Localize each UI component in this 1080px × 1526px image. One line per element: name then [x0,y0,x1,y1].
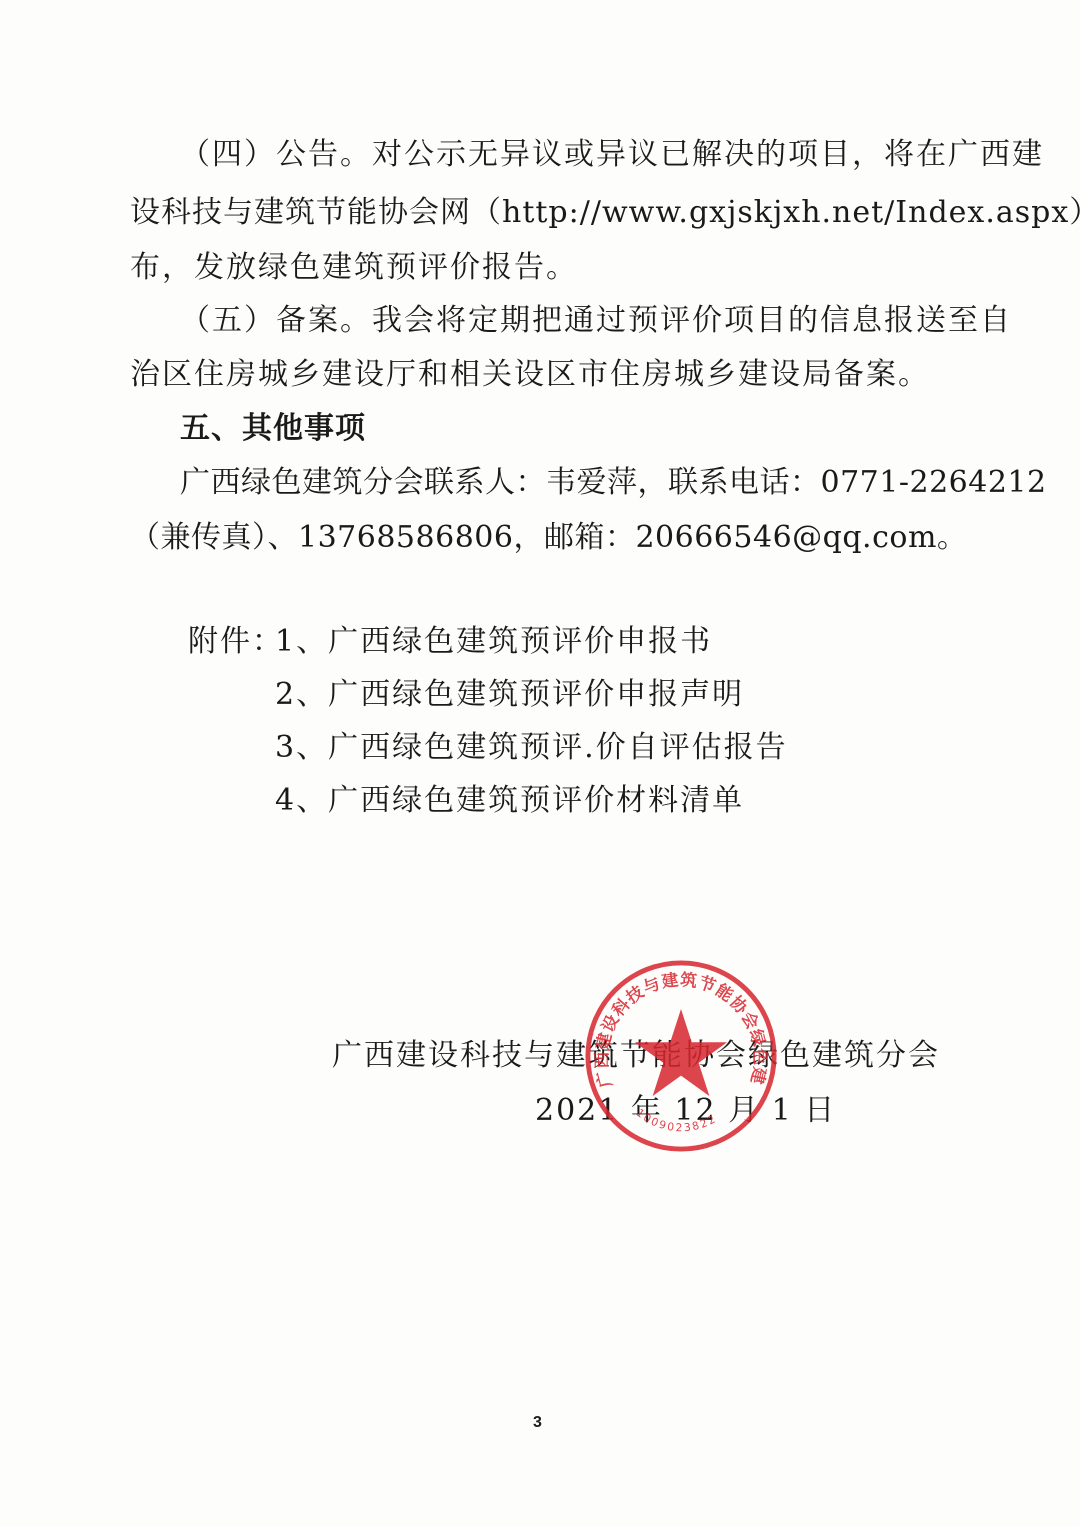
paragraph-announcement-line3: 布，发放绿色建筑预评价报告。 [130,250,578,286]
attachments-label: 附件： [188,624,284,660]
paragraph-announcement-line2: 设科技与建筑节能协会网（http://www.gxjskjxh.net/Inde… [130,195,1080,231]
paragraph-announcement-line1: （四）公告。对公示无异议或异议已解决的项目，将在广西建 [180,137,1044,173]
attachment-item-2: 2、广西绿色建筑预评价申报声明 [275,677,744,713]
page-number: 3 [533,1414,542,1432]
section-heading-other-matters: 五、其他事项 [180,411,366,447]
attachment-item-4: 4、广西绿色建筑预评价材料清单 [275,783,744,819]
paragraph-filing-line1: （五）备案。我会将定期把通过预评价项目的信息报送至自 [180,303,1012,339]
attachment-item-1: 1、广西绿色建筑预评价申报书 [275,624,712,660]
attachment-item-3: 3、广西绿色建筑预评.价自评估报告 [275,730,788,766]
contact-line1: 广西绿色建筑分会联系人：韦爱萍，联系电话：0771-2264212 [180,465,1047,501]
paragraph-filing-line2: 治区住房城乡建设厅和相关设区市住房城乡建设局备案。 [130,357,930,393]
contact-line2: （兼传真）、13768586806，邮箱：20666546@qq.com。 [130,520,967,556]
signature-organization: 广西建设科技与建筑节能协会绿色建筑分会 [332,1038,940,1074]
signature-date: 2021 年 12 月 1 日 [535,1093,836,1129]
